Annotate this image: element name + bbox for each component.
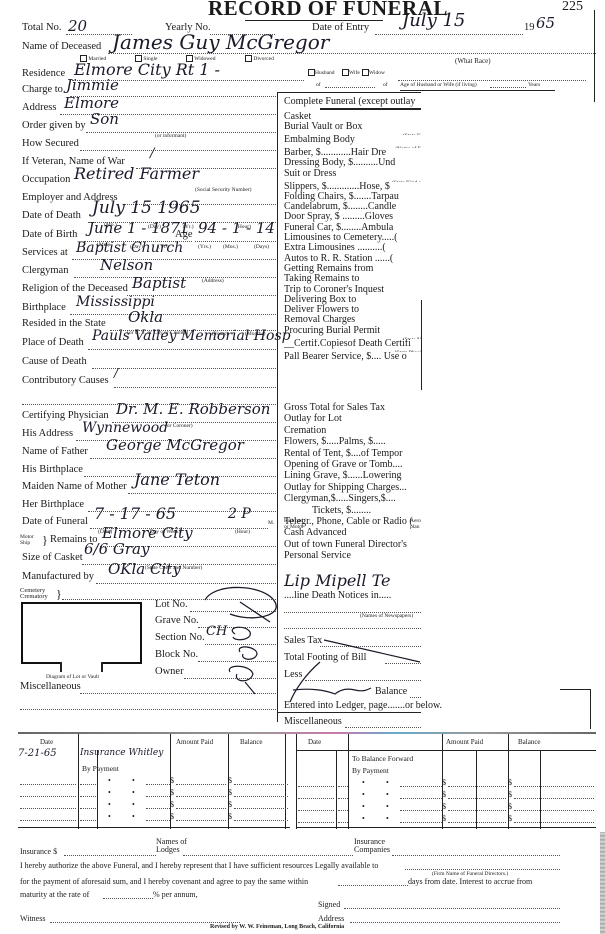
charge-item-2[interactable]: Out of town Funeral Director's (284, 539, 421, 550)
order-given-by-label: Order given by (22, 120, 86, 131)
clergyman-field[interactable]: Nelson (100, 256, 153, 274)
charge-item[interactable]: Getting Remains from (284, 264, 421, 274)
interest-rate-field[interactable] (103, 898, 153, 899)
spouse-of-field[interactable] (325, 87, 375, 88)
ledger-row[interactable]: ••$$ (18, 800, 290, 812)
charge-item-2[interactable]: Outlay for Lot (284, 413, 421, 424)
dollar-sign: $ (228, 800, 232, 809)
name-of-deceased-field[interactable]: James Guy McGregor (112, 30, 329, 54)
ledger-left-rows: ••$$••$$••$$••$$ (18, 776, 290, 824)
contributory-label: Contributory Causes (22, 375, 109, 386)
age-days-note: (Days) (254, 244, 269, 250)
charge-item[interactable]: Suit or Dress(State Kind a (284, 169, 421, 182)
ledger-right-date-header: Date (308, 738, 321, 746)
misc-field-left[interactable] (80, 693, 276, 694)
bullet-icon: • (362, 802, 365, 811)
his-address-field[interactable]: Wynnewood (82, 420, 168, 436)
casket-size-label: Size of Casket (22, 552, 83, 563)
ledger-amount-field[interactable] (448, 798, 506, 799)
charge-item[interactable]: Embalming Body(Name of E (284, 135, 421, 148)
dollar-sign: $ (228, 776, 232, 785)
ledger-date-field[interactable] (20, 808, 76, 809)
age-spouse-label: Age of Husband or Wife (if living) (400, 82, 477, 88)
physician-field[interactable]: Dr. M. E. Robberson (116, 400, 270, 418)
ledger-row[interactable]: ••$$ (18, 776, 290, 788)
ledger-amount-field[interactable] (176, 808, 226, 809)
charge-item[interactable]: __Certif.Copiesof Death Certifi(State Ph… (284, 339, 421, 352)
charge-item-2[interactable]: Telegr., Phone, Cable or Radio ( (284, 516, 421, 527)
charge-item-label: Getting Remains from (284, 264, 373, 274)
ledger-right-to-balance: To Balance Forward (352, 754, 413, 763)
charge-item-2[interactable]: Cash Advanced (284, 527, 421, 538)
age-spouse-field[interactable] (490, 87, 526, 88)
ledger-row[interactable]: ••$$ (296, 778, 596, 790)
revised-text: Revised by W. W. Feineman, Long Beach, C… (210, 924, 344, 930)
dollar-sign: $ (170, 812, 174, 821)
entry-year-prefix: 19 (524, 22, 535, 33)
ledger-amount-field[interactable] (176, 820, 226, 821)
signed-field[interactable] (344, 908, 560, 909)
ledger-right-rows: ••$$••$$••$$••$$ (296, 778, 596, 826)
place-of-death-line (88, 349, 276, 350)
dollar-sign: $ (442, 802, 446, 811)
widow-checkbox[interactable] (362, 69, 369, 76)
address-label-footer: Address (318, 914, 344, 923)
diagram-stub-right (101, 662, 103, 672)
ledger-balance-field[interactable] (514, 798, 594, 799)
cause-of-death-label: Cause of Death (22, 356, 87, 367)
ledger-left-date-header: Date (40, 738, 53, 746)
bullet-icon: • (108, 812, 111, 821)
authorize-text: I hereby authorize the above Funeral, an… (20, 861, 378, 870)
services-at-label: Services at (22, 247, 68, 258)
ledger-date-field[interactable] (80, 820, 96, 821)
lot-no-label: Lot No. (155, 599, 188, 610)
charge-item[interactable]: Slippers, $.............Hose, $ (284, 182, 421, 192)
companies-label: Insurance Companies (354, 838, 390, 854)
charge-item-label: Procuring Burial Permit (284, 326, 380, 336)
mother-line (128, 493, 276, 494)
ledger-left-balance-header: Balance (240, 738, 263, 746)
informant-note: (or informant) (155, 133, 186, 139)
charge-item[interactable]: Door Spray, $ .........Gloves (284, 212, 421, 222)
dollar-sign: $ (442, 790, 446, 799)
ledger-date-field[interactable] (298, 798, 334, 799)
motor-ship-label: Motor Ship (20, 534, 34, 546)
charge-item[interactable]: Delivering Box to (284, 295, 421, 305)
ledger-amount-field[interactable] (448, 822, 506, 823)
ledger-right: Date Amount Paid Balance To Balance Forw… (296, 734, 596, 829)
dollar-sign: $ (170, 776, 174, 785)
brace: } (42, 533, 48, 548)
ledger-row[interactable]: ••$$ (296, 802, 596, 814)
newspapers-note: (Names of Newspapers) (360, 613, 413, 619)
dollar-sign: $ (442, 778, 446, 787)
ledger-desc-field[interactable] (400, 798, 442, 799)
ledger-row[interactable]: ••$$ (296, 814, 596, 826)
charge-item[interactable]: Casket (284, 112, 421, 122)
ledger-right-by-payment: By Payment (352, 766, 389, 775)
bullet-icon: • (108, 776, 111, 785)
residence-label: Residence (22, 68, 65, 79)
charge-item[interactable]: Barber, $............Hair Dre (284, 148, 421, 158)
ledger-balance-field[interactable] (514, 786, 594, 787)
lot-diagram-box (21, 602, 142, 664)
charge-item[interactable]: Folding Chairs, $.......Tarpau (284, 192, 421, 202)
block-no-label: Block No. (155, 649, 198, 660)
bullet-icon: • (132, 800, 135, 809)
ledger-row[interactable]: ••$$ (18, 812, 290, 824)
charge-item-label: Burial Vault or Box (284, 122, 362, 132)
spouse-underline (400, 90, 555, 91)
bullet-icon: • (386, 778, 389, 787)
charges-inner-border (421, 300, 422, 390)
charge-item[interactable]: Candelabrum, $........Candle (284, 202, 421, 212)
charge-item[interactable]: Trip to Coroner's Inquest (284, 285, 421, 295)
husband-checkbox[interactable] (308, 69, 315, 76)
charge-item-label: Delivering Box to (284, 295, 356, 305)
birthplace-label: Birthplace (22, 302, 66, 313)
wife-checkbox[interactable] (342, 69, 349, 76)
charge-item-label: Autos to R. R. Station ......( (284, 254, 393, 264)
spouse-widow[interactable]: Widow (362, 69, 385, 76)
charges-panel-border (277, 92, 278, 722)
balance-label: Balance (375, 686, 407, 697)
ledger-desc-field[interactable] (146, 808, 170, 809)
right-border (594, 10, 595, 102)
firm-name-field[interactable] (405, 869, 560, 870)
ledger-date-field[interactable] (80, 808, 96, 809)
charge-item-label: Trip to Coroner's Inquest (284, 285, 384, 295)
charge-item[interactable]: Burial Vault or Box(State K (284, 122, 421, 135)
ledger-date-field[interactable] (338, 786, 348, 787)
funeral-m-suffix: M. (268, 520, 274, 526)
ledger-balance-field[interactable] (514, 822, 594, 823)
contributory-field[interactable]: / (114, 366, 118, 380)
charge-item[interactable]: Pall Bearer Service, $.... Use o (284, 352, 421, 362)
charges-header: Complete Funeral (except outlay (284, 96, 415, 107)
ssn-note: (Social Security Number) (195, 187, 252, 193)
ledger-date-field[interactable] (298, 810, 334, 811)
margin-tick-v (590, 689, 591, 729)
companies-field[interactable] (392, 855, 560, 856)
total-no-field[interactable]: 20 (68, 17, 87, 35)
charge-item[interactable]: Autos to R. R. Station ......( (284, 254, 421, 264)
ledger-desc-field[interactable] (146, 820, 170, 821)
what-race-note: (What Race) (455, 57, 491, 65)
age-yrs-note: (Yrs.) (198, 244, 211, 250)
title-underline (245, 20, 383, 21)
funeral-time-field[interactable]: 2 P (228, 506, 251, 522)
charge-item-2[interactable]: Flowers, $.....Palms, $..... (284, 436, 421, 447)
date-of-entry-line (375, 34, 523, 35)
order-given-by-field[interactable]: Son (90, 110, 119, 128)
ledger-balance-field[interactable] (234, 820, 288, 821)
charge-item-label: Slippers, $.............Hose, $ (284, 182, 390, 192)
charge-to-label: Charge to (22, 84, 63, 95)
lodges-field[interactable] (183, 855, 353, 856)
charge-item-label: Funeral Car, $........Ambula (284, 223, 393, 233)
ledger-right-balance-header: Balance (518, 738, 541, 746)
mother-label: Maiden Name of Mother (22, 481, 127, 492)
charge-item-2[interactable]: Tickets, $........ (284, 505, 421, 516)
charge-item-label: Embalming Body (284, 135, 355, 145)
bullet-icon: • (132, 788, 135, 797)
dollar-sign: $ (508, 814, 512, 823)
charge-item[interactable]: Taking Remains to (284, 274, 421, 284)
manufactured-field[interactable]: OKla City (108, 560, 181, 578)
birthplace-line (70, 314, 276, 315)
charge-item-label: Extra Limousines ..........( (284, 243, 386, 253)
ledger-amount-field[interactable] (176, 796, 226, 797)
dollar-sign: $ (508, 790, 512, 799)
spouse-husband[interactable]: Husband (308, 69, 335, 76)
grave-no-label: Grave No. (155, 615, 199, 626)
bullet-icon: • (386, 802, 389, 811)
manufactured-label: Manufactured by (22, 571, 94, 582)
payment-text: for the payment of aforesaid sum, and I … (20, 877, 308, 886)
ledger-left: Date Amount Paid Balance 7-21-65 Insuran… (18, 734, 290, 829)
entry-year-field[interactable]: 65 (536, 14, 555, 32)
ledger-right-bottom (296, 827, 596, 828)
charge-item-label: __Certif.Copiesof Death Certifi (284, 339, 411, 349)
how-secured-field[interactable] (80, 150, 276, 151)
charges-misc-label: Miscellaneous (284, 716, 342, 727)
bullet-icon: • (362, 790, 365, 799)
charge-item-label: Casket (284, 112, 311, 122)
insurance-label: Insurance $ (20, 847, 57, 856)
father-label: Name of Father (22, 446, 88, 457)
charge-item-2[interactable]: Rental of Tent, $....of Tempor (284, 448, 421, 459)
ledger-balance-field[interactable] (234, 808, 288, 809)
page-number: 225 (562, 0, 583, 15)
ledger-left-bottom (18, 827, 290, 828)
name-of-deceased-label: Name of Deceased (22, 41, 101, 52)
ledger-date-field[interactable] (338, 798, 348, 799)
personal-service-handwriting[interactable]: Lip Mipell Te (284, 571, 391, 590)
charge-item[interactable]: Limousines to Cemetery.....( (284, 233, 421, 243)
place-of-death-field[interactable]: Pauls Valley Memorial Hosp (92, 328, 291, 344)
ledger-date-field[interactable] (298, 822, 334, 823)
bullet-icon: • (108, 788, 111, 797)
contributory-line (114, 387, 276, 388)
maturity-text: maturity at the rate of (20, 890, 89, 899)
charge-item[interactable]: Funeral Car, $........Ambula (284, 223, 421, 233)
cause-of-death-field[interactable] (92, 368, 276, 369)
bullet-icon: • (362, 778, 365, 787)
charges-list-2: Gross Total for Sales TaxOutlay for LotC… (284, 402, 421, 561)
ledger-amount-field[interactable] (448, 810, 506, 811)
bullet-icon: • (108, 800, 111, 809)
charges-list: CasketBurial Vault or Box(State KEmbalmi… (284, 112, 421, 362)
witness-field[interactable] (50, 922, 240, 923)
bullet-icon: • (386, 790, 389, 799)
ledger-signature-icon (285, 660, 375, 705)
charge-item-2[interactable]: Cremation (284, 425, 421, 436)
divorced-checkbox[interactable] (245, 55, 252, 62)
ledger-right-amount-header: Amount Paid (446, 738, 483, 746)
spouse-of-left: of (316, 82, 321, 88)
charge-item-label: Taking Remains to (284, 274, 359, 284)
clergyman-label: Clergyman (22, 265, 68, 276)
charge-item[interactable]: Extra Limousines ..........( (284, 243, 421, 253)
coroner-note: (or Coroner) (165, 423, 193, 429)
balance-field[interactable] (410, 697, 421, 698)
ledger-balance-field[interactable] (514, 810, 594, 811)
dollar-sign: $ (170, 800, 174, 809)
charge-item-2[interactable]: Personal Service (284, 550, 421, 561)
ledger-desc-field[interactable] (146, 796, 170, 797)
charge-item-2[interactable]: Lining Grave, $......Lowering (284, 470, 421, 481)
resided-field[interactable]: Okla (128, 308, 163, 326)
age-line (195, 241, 276, 242)
charge-item[interactable]: Procuring Burial Permit(State N (284, 326, 421, 339)
ledger-date-field[interactable] (338, 810, 348, 811)
his-birthplace-label: His Birthplace (22, 464, 83, 475)
signed-label: Signed (318, 900, 340, 909)
funeral-hour-note: (Hour) (235, 529, 250, 535)
veteran-field[interactable]: / (150, 146, 154, 161)
religion-field[interactable]: Baptist (132, 274, 186, 292)
spouse-of-right: of (383, 82, 388, 88)
father-field[interactable]: George McGregor (106, 436, 244, 454)
dollar-sign: $ (170, 788, 174, 797)
ledger-desc-field[interactable] (400, 810, 442, 811)
ledger-right-header-rule (296, 750, 596, 751)
ledger-date-field[interactable] (338, 822, 348, 823)
address-label: Address (22, 102, 56, 113)
ledger-date-field[interactable] (298, 786, 334, 787)
ledger-amount-field[interactable] (176, 784, 226, 785)
ledger-date-field[interactable] (80, 796, 96, 797)
bullet-icon: • (386, 814, 389, 823)
charges-misc-field[interactable] (345, 727, 421, 728)
charge-item-label: Folding Chairs, $.......Tarpau (284, 192, 399, 202)
charge-item-2[interactable]: Clergyman,$.....Singers,$.... (284, 493, 421, 504)
father-line (90, 458, 276, 459)
charge-item[interactable]: Removal Charges (284, 315, 421, 325)
her-birthplace-label: Her Birthplace (22, 499, 84, 510)
witness-label: Witness (20, 914, 45, 923)
charges-panel-top (277, 92, 421, 93)
charge-item[interactable]: Deliver Flowers to (284, 305, 421, 315)
charge-item-label: Suit or Dress (284, 169, 336, 179)
ledger-desc-field[interactable] (146, 784, 170, 785)
misc-label-left: Miscellaneous (20, 681, 81, 692)
per-annum-text: % per annum, (153, 890, 198, 899)
bullet-icon: • (132, 776, 135, 785)
funeral-date-label: Date of Funeral (22, 516, 88, 527)
date-of-entry-field[interactable]: July 15 (402, 10, 465, 31)
date-of-death-label: Date of Death (22, 210, 81, 221)
spouse-wife[interactable]: Wife (342, 69, 360, 76)
occupation-label: Occupation (22, 174, 70, 185)
dollar-sign: $ (228, 788, 232, 797)
ledger-amount-field[interactable] (448, 786, 506, 787)
charge-item-label: Pall Bearer Service, $.... Use o (284, 352, 407, 362)
age-mos-note: (Mos.) (223, 244, 238, 250)
mother-field[interactable]: Jane Teton (134, 470, 220, 489)
days-field[interactable] (338, 885, 408, 886)
bullet-icon: • (362, 814, 365, 823)
railroad-label: Railroad or Motor (284, 518, 304, 530)
aero-label: Aero plan (410, 518, 421, 530)
occupation-field[interactable]: Retired Farmer (74, 164, 199, 183)
ledger-row[interactable]: ••$$ (18, 788, 290, 800)
owner-label: Owner (155, 666, 184, 677)
dollar-sign: $ (442, 814, 446, 823)
death-notices-label: ....line Death Notices in..... (284, 590, 391, 601)
date-of-birth-label: Date of Birth (22, 229, 77, 240)
place-of-death-label: Place of Death (22, 337, 84, 348)
address-field-footer[interactable] (350, 922, 560, 923)
charge-item-2[interactable]: Gross Total for Sales Tax (284, 402, 421, 413)
funeral-date-field[interactable]: 7 - 17 - 65 (94, 504, 176, 523)
scan-edge (600, 832, 605, 934)
ledger-divider (277, 712, 421, 713)
casket-size-field[interactable]: 6/6 Gray (84, 540, 149, 558)
ledger-balance-field[interactable] (234, 784, 288, 785)
sales-tax-label: Sales Tax (284, 635, 322, 646)
diagram-stub-left (60, 662, 62, 672)
age-field[interactable]: 94 - 1 - 14 (198, 219, 275, 237)
services-at-field[interactable]: Baptist Church (76, 240, 183, 256)
years-label: Years (528, 82, 540, 88)
charge-item-label: Candelabrum, $........Candle (284, 202, 396, 212)
ledger-date-field[interactable] (80, 784, 96, 785)
diagram-label: Diagram of Lot or Vault (46, 674, 99, 680)
ledger-left-by-payment: By Payment (82, 764, 119, 773)
signature-flourish-icon (195, 582, 285, 697)
insurance-field[interactable] (64, 855, 156, 856)
charge-item-label: Door Spray, $ .........Gloves (284, 212, 393, 222)
ledger-date-field[interactable] (20, 796, 76, 797)
age-label: Age (175, 229, 193, 240)
charge-item-label: Deliver Flowers to (284, 305, 359, 315)
ledger-row[interactable]: ••$$ (296, 790, 596, 802)
spouse-line[interactable] (398, 80, 586, 81)
marital-divorced[interactable]: Divorced (245, 55, 274, 62)
lodges-label: Names of Lodges (156, 838, 187, 854)
diagram-gap (60, 662, 102, 666)
charges-header-underline (320, 108, 421, 110)
charge-item-label: Limousines to Cemetery.....( (284, 233, 398, 243)
religion-label: Religion of the Deceased (22, 283, 128, 294)
newspapers-field-2[interactable] (284, 628, 421, 629)
date-of-death-field[interactable]: July 15 1965 (92, 198, 201, 218)
margin-tick (560, 689, 590, 690)
charge-item-2[interactable]: Opening of Grave or Tomb.... (284, 459, 421, 470)
ledger-desc-field[interactable] (400, 822, 442, 823)
ledger-left-row1-desc[interactable]: Insurance Whitley (80, 748, 163, 758)
misc-field-left-2[interactable] (20, 709, 276, 710)
total-no-label: Total No. (22, 22, 62, 33)
ledger-desc-field[interactable] (400, 786, 442, 787)
charge-item-label: Barber, $............Hair Dre (284, 148, 386, 158)
ledger-left-row1-date[interactable]: 7-21-65 (18, 748, 57, 759)
charge-item-2[interactable]: Outlay for Shipping Charges... (284, 482, 421, 493)
cemetery-label: Cemetery Crematory (20, 588, 48, 600)
ledger-balance-field[interactable] (234, 796, 288, 797)
ledger-left-amount-header: Amount Paid (176, 738, 213, 746)
charge-item[interactable]: Dressing Body, $..........Und (284, 158, 421, 168)
ledger-date-field[interactable] (20, 784, 76, 785)
his-address-label: His Address (22, 428, 73, 439)
bullet-icon: • (132, 812, 135, 821)
how-secured-label: How Secured (22, 138, 79, 149)
charge-to-field[interactable]: Jimmie (66, 76, 119, 94)
ledger-date-field[interactable] (20, 820, 76, 821)
